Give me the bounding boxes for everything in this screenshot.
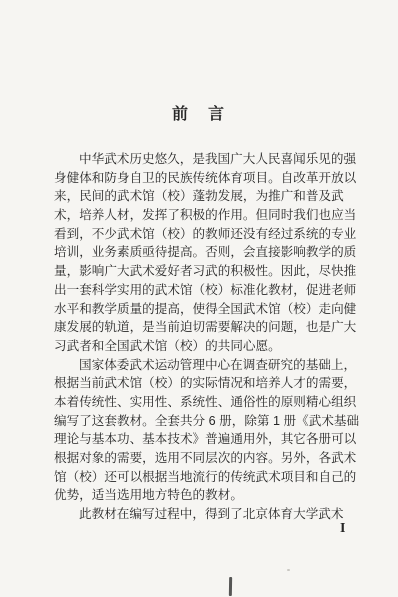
text-line: 中华武术历史悠久，是我国广大人民喜闻乐见的强 — [54, 150, 364, 169]
text-line: 编写了这套教材。全套共分 6 册，除第 1 册《武术基础 — [54, 412, 364, 431]
page-number: I — [340, 521, 345, 537]
body-text: 中华武术历史悠久，是我国广大人民喜闻乐见的强 身健体和防身自卫的民族传统体育项目… — [54, 150, 364, 524]
text-line: 国家体委武术运动管理中心在调查研究的基础上， — [54, 356, 364, 375]
page-title: 前 言 — [0, 101, 398, 124]
text-line: 理论与基本功、基本技术》普遍通用外，其它各册可以 — [54, 430, 364, 449]
scanned-book-page: 前 言 中华武术历史悠久，是我国广大人民喜闻乐见的强 身健体和防身自卫的民族传统… — [0, 0, 398, 597]
text-line: 康发展的轨道，是当前迫切需要解决的问题，也是广大 — [54, 318, 364, 337]
scan-smudge-artifact — [229, 577, 232, 596]
text-line: 来，民间的武术馆（校）蓬勃发展，为推广和普及武 — [54, 187, 364, 206]
text-line: 根据当前武术馆（校）的实际情况和培养人才的需要， — [54, 374, 364, 393]
text-line: 本着传统性、实用性、系统性、通俗性的原则精心组织 — [54, 393, 364, 412]
text-line: 看到，不少武术馆（校）的教师还没有经过系统的专业 — [54, 225, 364, 244]
text-line: 术，培养人材，发挥了积极的作用。但同时我们也应当 — [54, 206, 364, 225]
text-line: 出一套科学实用的武术馆（校）标准化教材，促进老师 — [54, 281, 364, 300]
scan-speck-artifact — [287, 569, 290, 571]
text-line: 培训，业务素质亟待提高。否则，会直接影响教学的质 — [54, 243, 364, 262]
text-line: 根据对象的需要，选用不同层次的内容。另外，各武术 — [54, 449, 364, 468]
text-line: 此教材在编写过程中，得到了北京体育大学武术 — [54, 505, 364, 524]
text-line: 馆（校）还可以根据当地流行的传统武术项目和自己的 — [54, 468, 364, 487]
text-line: 优势，适当选用地方特色的教材。 — [54, 486, 364, 505]
text-line: 水平和教学质量的提高，使得全国武术馆（校）走向健 — [54, 300, 364, 319]
text-line: 身健体和防身自卫的民族传统体育项目。自改革开放以 — [54, 169, 364, 188]
text-line: 习武者和全国武术馆（校）的共同心愿。 — [54, 337, 364, 356]
text-line: 量，影响广大武术爱好者习武的积极性。因此，尽快推 — [54, 262, 364, 281]
